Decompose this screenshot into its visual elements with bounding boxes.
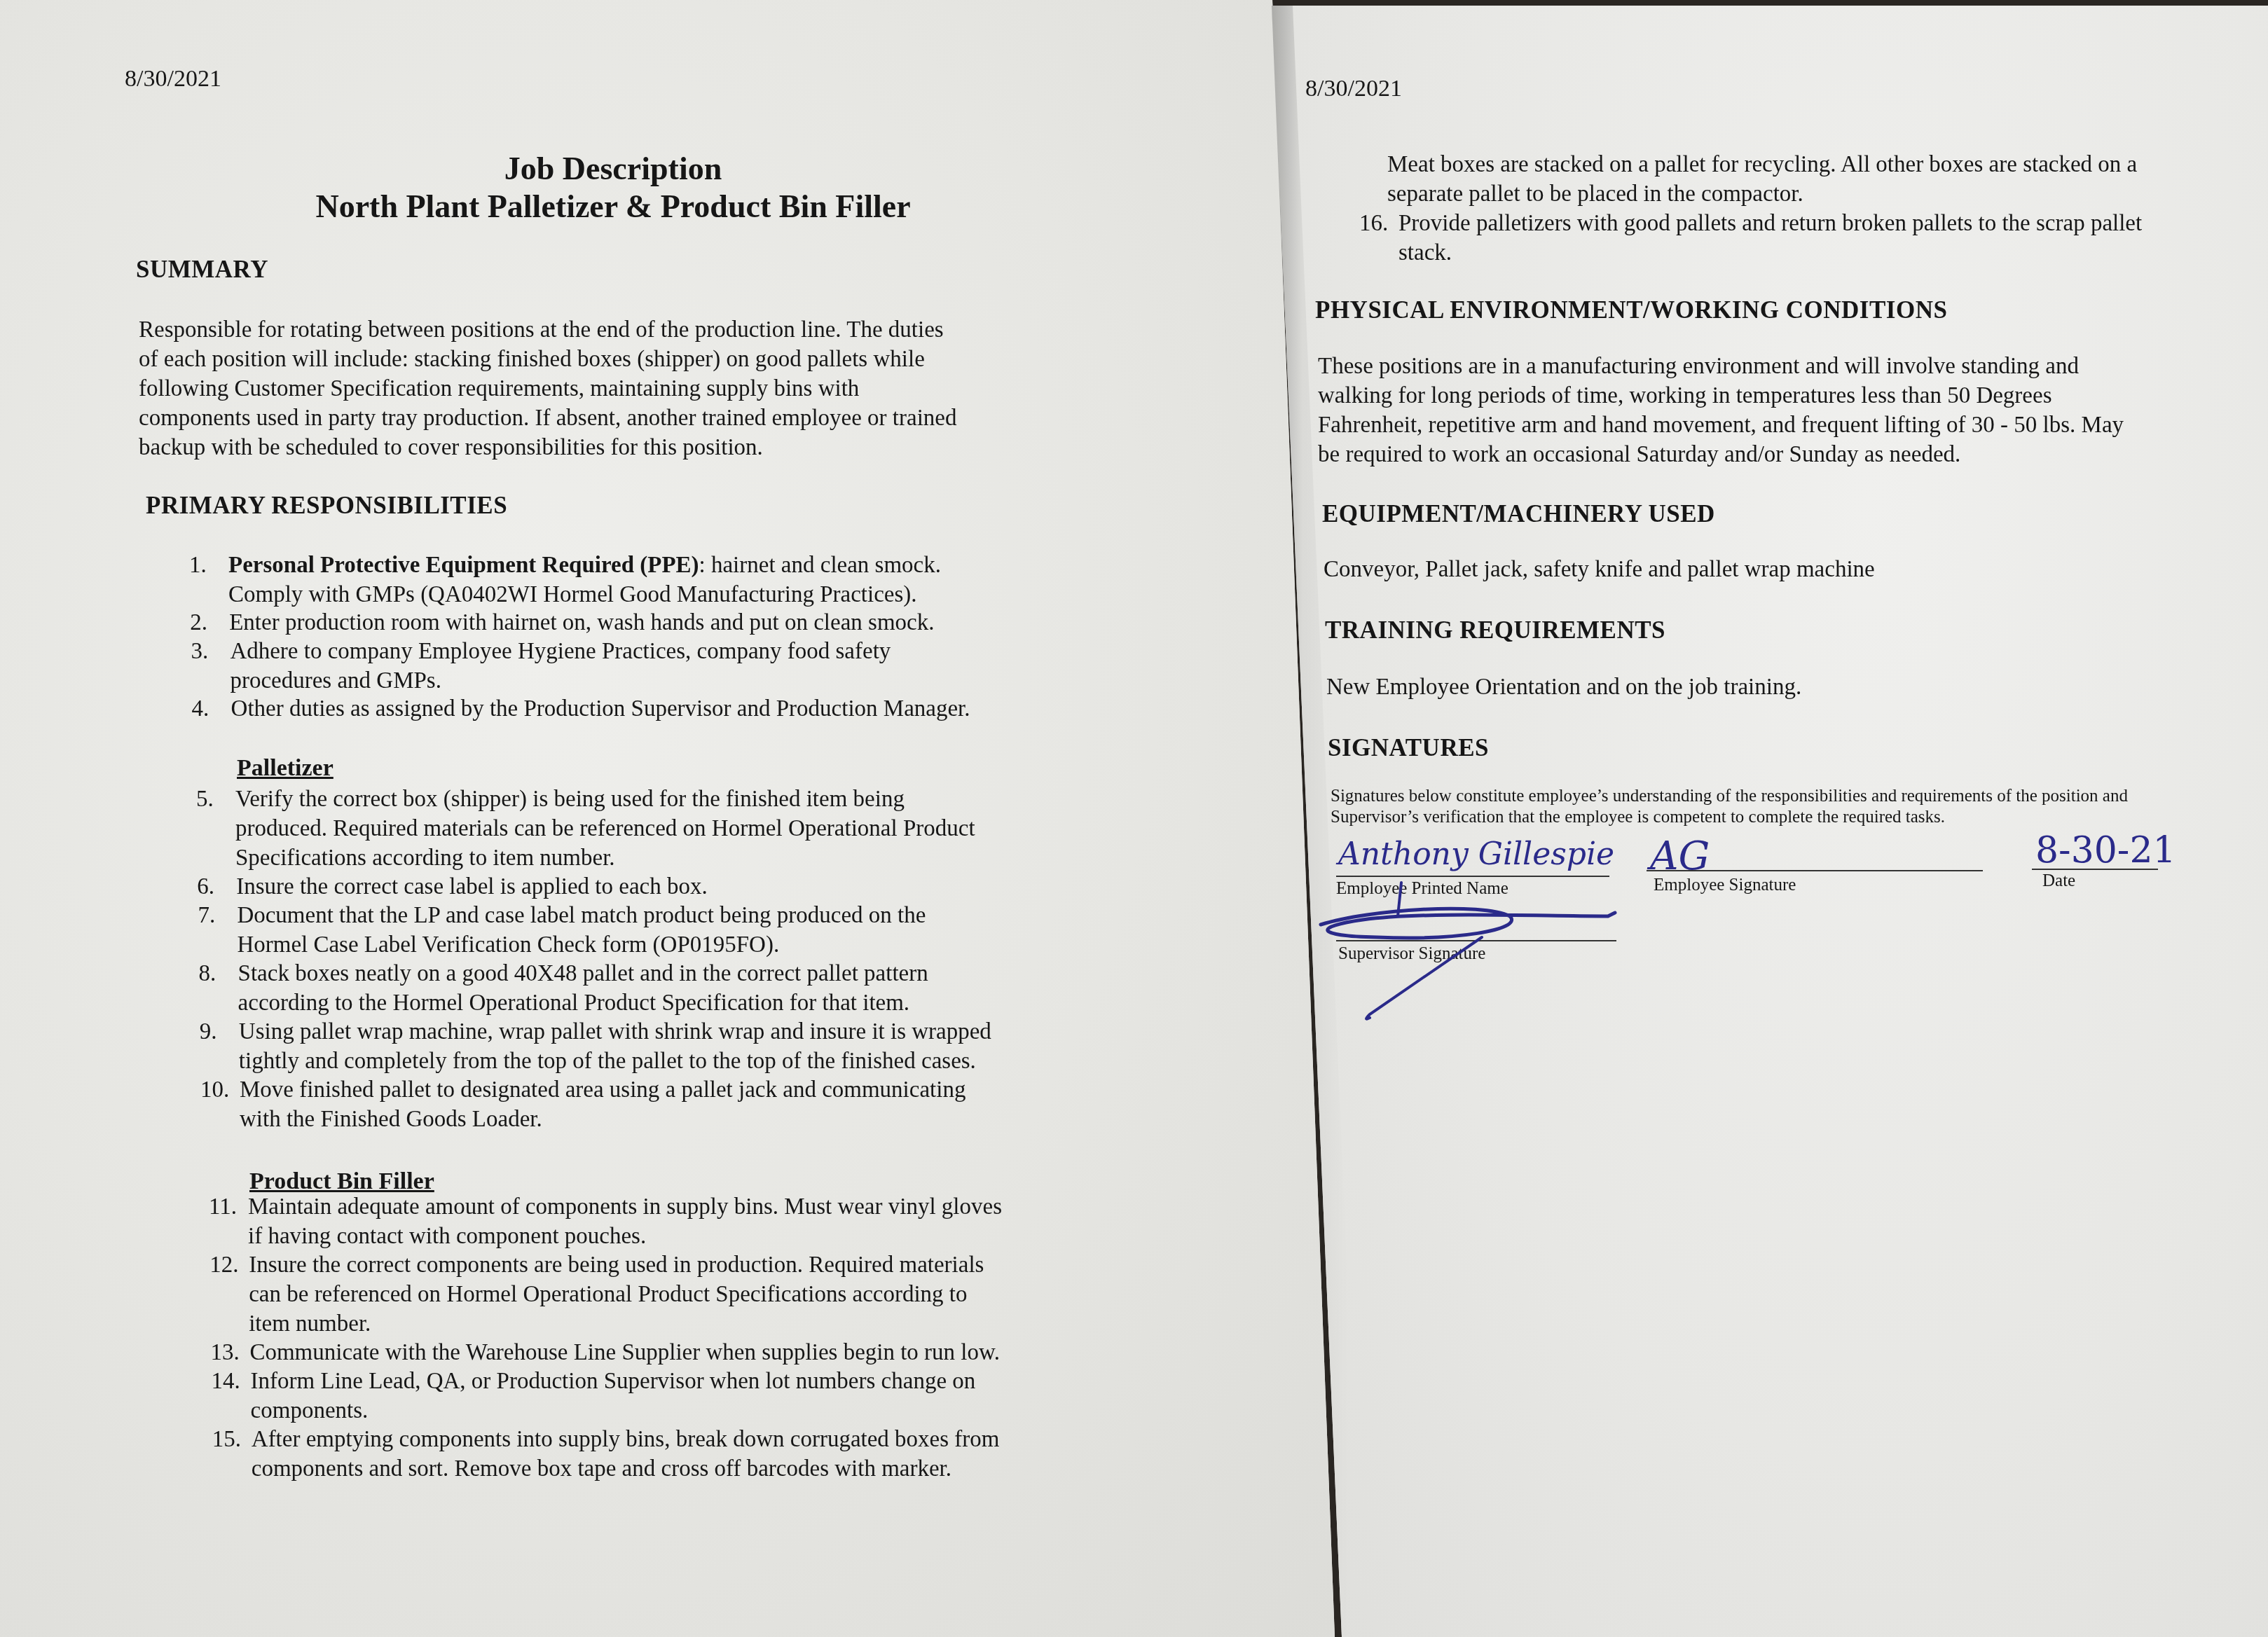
list-item-number: 8. [199, 959, 238, 988]
employee-signature-value[interactable]: AG [1650, 834, 1710, 879]
palletizer-heading: Palletizer [237, 755, 334, 782]
list-item-text: Communicate with the Warehouse Line Supp… [249, 1338, 1000, 1367]
list-item-number: 1. [189, 551, 228, 580]
list-item: 11.Maintain adequate amount of component… [209, 1192, 1002, 1251]
right-document-page: 8/30/2021 Meat boxes are stacked on a pa… [1272, 6, 2268, 1637]
list-item-number: 12. [209, 1250, 249, 1280]
list-item-number: 10. [200, 1075, 240, 1105]
list-item: 9.Using pallet wrap machine, wrap pallet… [200, 1017, 991, 1076]
list-item-number: 11. [209, 1192, 248, 1222]
list-item-text: Personal Protective Equipment Required (… [228, 551, 941, 609]
list-item-text: Using pallet wrap machine, wrap pallet w… [239, 1017, 991, 1076]
list-item: 8.Stack boxes neatly on a good 40X48 pal… [199, 959, 928, 1018]
list-item-text: Enter production room with hairnet on, w… [229, 608, 934, 637]
list-item: 10.Move finished pallet to designated ar… [200, 1075, 965, 1134]
list-item-number: 3. [191, 637, 230, 666]
list-item-text: Document that the LP and case label matc… [237, 901, 926, 960]
employee-signature-line [1647, 870, 1983, 871]
list-item: 3.Adhere to company Employee Hygiene Pra… [191, 637, 891, 696]
list-item-text: Inform Line Lead, QA, or Production Supe… [251, 1367, 976, 1425]
date-label: Date [2042, 871, 2075, 891]
list-item-number: 15. [212, 1425, 252, 1454]
list-item: 6.Insure the correct case label is appli… [197, 872, 708, 902]
employee-signature-label: Employee Signature [1654, 876, 1796, 895]
list-item-text: Adhere to company Employee Hygiene Pract… [230, 637, 891, 696]
list-item: 5.Verify the correct box (shipper) is be… [196, 785, 975, 873]
list-item: 1.Personal Protective Equipment Required… [189, 551, 941, 609]
list-item-text: After emptying components into supply bi… [252, 1425, 1000, 1484]
list-item: 15.After emptying components into supply… [212, 1425, 1000, 1484]
summary-heading: SUMMARY [136, 256, 268, 284]
list-item: 2.Enter production room with hairnet on,… [190, 608, 934, 637]
document-title: Job Description [193, 150, 1033, 187]
primary-responsibilities-heading: PRIMARY RESPONSIBILITIES [146, 492, 507, 520]
page-date: 8/30/2021 [125, 66, 221, 92]
left-document-page: 8/30/2021 Job Description North Plant Pa… [0, 0, 1335, 1637]
list-item-number: 6. [197, 872, 236, 902]
list-item: 13.Communicate with the Warehouse Line S… [210, 1338, 1000, 1367]
list-item: 14.Inform Line Lead, QA, or Production S… [212, 1367, 976, 1425]
list-item: 7.Document that the LP and case label ma… [198, 901, 926, 960]
supervisor-signature-scribble[interactable] [1272, 6, 1636, 1028]
list-item-number: 4. [192, 694, 231, 724]
list-item-number: 13. [210, 1338, 249, 1367]
list-item-text: Verify the correct box (shipper) is bein… [235, 785, 975, 873]
list-item-number: 2. [190, 608, 229, 637]
list-item-text: Insure the correct case label is applied… [236, 872, 708, 902]
list-item-text: Move finished pallet to designated area … [240, 1075, 965, 1134]
list-item-text: Other duties as assigned by the Producti… [231, 694, 970, 724]
list-item-text: Maintain adequate amount of components i… [248, 1192, 1002, 1251]
date-value[interactable]: 8-30-21 [2035, 829, 2176, 871]
bin-filler-heading: Product Bin Filler [249, 1168, 434, 1195]
list-item-number: 7. [198, 901, 237, 930]
summary-text: Responsible for rotating between positio… [139, 315, 1120, 462]
date-line [2032, 869, 2158, 870]
job-title: North Plant Palletizer & Product Bin Fil… [193, 188, 1033, 225]
list-item-text: Insure the correct components are being … [249, 1250, 984, 1339]
list-item-text: Stack boxes neatly on a good 40X48 palle… [238, 959, 928, 1018]
list-item-number: 14. [212, 1367, 251, 1396]
list-item: 12.Insure the correct components are bei… [209, 1250, 984, 1339]
list-item: 4.Other duties as assigned by the Produc… [192, 694, 970, 724]
list-item-number: 9. [200, 1017, 239, 1047]
list-item-number: 5. [196, 785, 235, 814]
